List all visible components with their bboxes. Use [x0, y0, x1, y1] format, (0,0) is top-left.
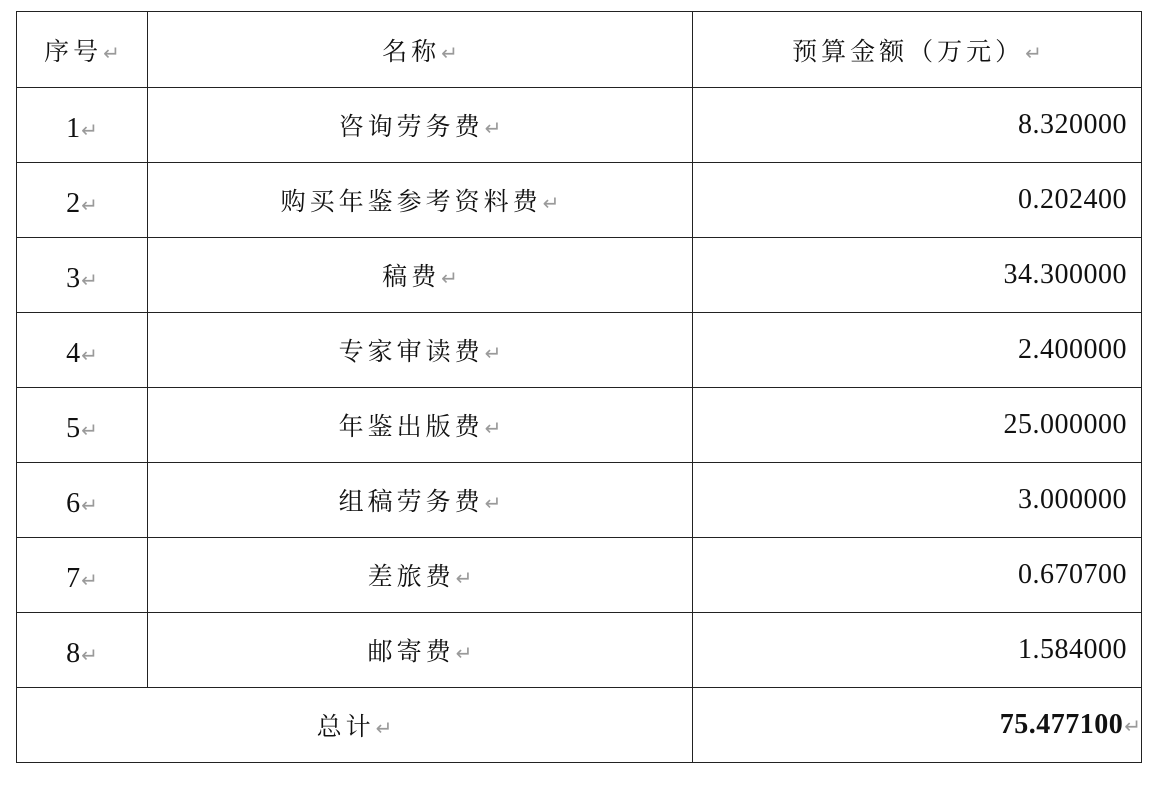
row-name-cell: 稿费↵: [148, 238, 693, 313]
row-index-cell: 6↵: [17, 463, 148, 538]
row-index-cell: 1↵: [17, 88, 148, 163]
total-label-cell: 总计↵: [17, 688, 693, 763]
table-row: 1↵ 咨询劳务费↵ 8.320000: [17, 88, 1142, 163]
paragraph-mark-icon: ↵: [456, 641, 473, 665]
table-row: 2↵ 购买年鉴参考资料费↵ 0.202400: [17, 163, 1142, 238]
row-index-cell: 5↵: [17, 388, 148, 463]
row-name-cell: 专家审读费↵: [148, 313, 693, 388]
row-amount-cell: 1.584000: [693, 613, 1142, 688]
row-index-cell: 2↵: [17, 163, 148, 238]
row-amount-cell: 2.400000: [693, 313, 1142, 388]
paragraph-mark-icon: ↵: [543, 191, 560, 215]
row-name-cell: 年鉴出版费↵: [148, 388, 693, 463]
row-amount-cell: 0.202400: [693, 163, 1142, 238]
row-name: 专家审读费: [339, 337, 484, 366]
total-amount-cell: 75.477100↵: [693, 688, 1142, 763]
table-row: 5↵ 年鉴出版费↵ 25.000000: [17, 388, 1142, 463]
budget-table: 序号↵ 名称↵ 预算金额（万元）↵ 1↵ 咨询劳务费↵ 8.320000 2↵ …: [16, 11, 1142, 763]
header-name-cell: 名称↵: [148, 12, 693, 88]
row-index-cell: 8↵: [17, 613, 148, 688]
header-row: 序号↵ 名称↵ 预算金额（万元）↵: [17, 12, 1142, 88]
row-index: 6: [66, 488, 80, 519]
table-row: 4↵ 专家审读费↵ 2.400000: [17, 313, 1142, 388]
row-name: 购买年鉴参考资料费: [281, 187, 542, 216]
header-index-label: 序号: [44, 37, 102, 66]
row-index-cell: 3↵: [17, 238, 148, 313]
row-name: 年鉴出版费: [339, 412, 484, 441]
table-row: 3↵ 稿费↵ 34.300000: [17, 238, 1142, 313]
paragraph-mark-icon: ↵: [441, 41, 458, 65]
row-name-cell: 邮寄费↵: [148, 613, 693, 688]
row-amount: 25.000000: [1004, 409, 1128, 440]
row-index-cell: 7↵: [17, 538, 148, 613]
row-name-cell: 购买年鉴参考资料费↵: [148, 163, 693, 238]
row-index: 3: [66, 263, 80, 294]
row-index-cell: 4↵: [17, 313, 148, 388]
row-amount: 2.400000: [1018, 334, 1127, 365]
paragraph-mark-icon: ↵: [1025, 41, 1042, 65]
paragraph-mark-icon: ↵: [81, 343, 98, 367]
row-amount: 0.670700: [1018, 559, 1127, 590]
row-index: 8: [66, 638, 80, 669]
header-name-label: 名称: [382, 37, 440, 66]
row-name-cell: 咨询劳务费↵: [148, 88, 693, 163]
table-row: 8↵ 邮寄费↵ 1.584000: [17, 613, 1142, 688]
row-amount-cell: 0.670700: [693, 538, 1142, 613]
header-amount-cell: 预算金额（万元）↵: [693, 12, 1142, 88]
paragraph-mark-icon: ↵: [485, 116, 502, 140]
row-amount: 1.584000: [1018, 634, 1127, 665]
paragraph-mark-icon: ↵: [456, 566, 473, 590]
row-name: 咨询劳务费: [339, 112, 484, 141]
paragraph-mark-icon: ↵: [376, 716, 393, 740]
total-row: 总计↵ 75.477100↵: [17, 688, 1142, 763]
header-index-cell: 序号↵: [17, 12, 148, 88]
row-name-cell: 差旅费↵: [148, 538, 693, 613]
row-amount: 34.300000: [1004, 259, 1128, 290]
paragraph-mark-icon: ↵: [441, 266, 458, 290]
row-amount: 8.320000: [1018, 109, 1127, 140]
row-index: 7: [66, 563, 80, 594]
paragraph-mark-icon: ↵: [81, 268, 98, 292]
paragraph-mark-icon: ↵: [103, 41, 120, 65]
row-amount-cell: 25.000000: [693, 388, 1142, 463]
paragraph-mark-icon: ↵: [81, 643, 98, 667]
row-name: 稿费: [382, 262, 440, 291]
row-amount-cell: 8.320000: [693, 88, 1142, 163]
table-row: 7↵ 差旅费↵ 0.670700: [17, 538, 1142, 613]
row-name: 组稿劳务费: [339, 487, 484, 516]
paragraph-mark-icon: ↵: [81, 193, 98, 217]
table-row: 6↵ 组稿劳务费↵ 3.000000: [17, 463, 1142, 538]
paragraph-mark-icon: ↵: [485, 491, 502, 515]
row-index: 4: [66, 338, 80, 369]
paragraph-mark-icon: ↵: [81, 118, 98, 142]
row-amount-cell: 3.000000: [693, 463, 1142, 538]
row-name: 差旅费: [368, 562, 455, 591]
row-index: 1: [66, 113, 80, 144]
row-index: 2: [66, 188, 80, 219]
header-amount-label: 预算金额（万元）: [792, 37, 1024, 66]
row-name-cell: 组稿劳务费↵: [148, 463, 693, 538]
paragraph-mark-icon: ↵: [1124, 714, 1141, 738]
paragraph-mark-icon: ↵: [485, 341, 502, 365]
row-amount-cell: 34.300000: [693, 238, 1142, 313]
total-amount: 75.477100: [1000, 709, 1124, 740]
paragraph-mark-icon: ↵: [485, 416, 502, 440]
row-name: 邮寄费: [368, 637, 455, 666]
row-amount: 0.202400: [1018, 184, 1127, 215]
paragraph-mark-icon: ↵: [81, 493, 98, 517]
paragraph-mark-icon: ↵: [81, 418, 98, 442]
total-label: 总计: [317, 712, 375, 741]
paragraph-mark-icon: ↵: [81, 568, 98, 592]
row-index: 5: [66, 413, 80, 444]
row-amount: 3.000000: [1018, 484, 1127, 515]
